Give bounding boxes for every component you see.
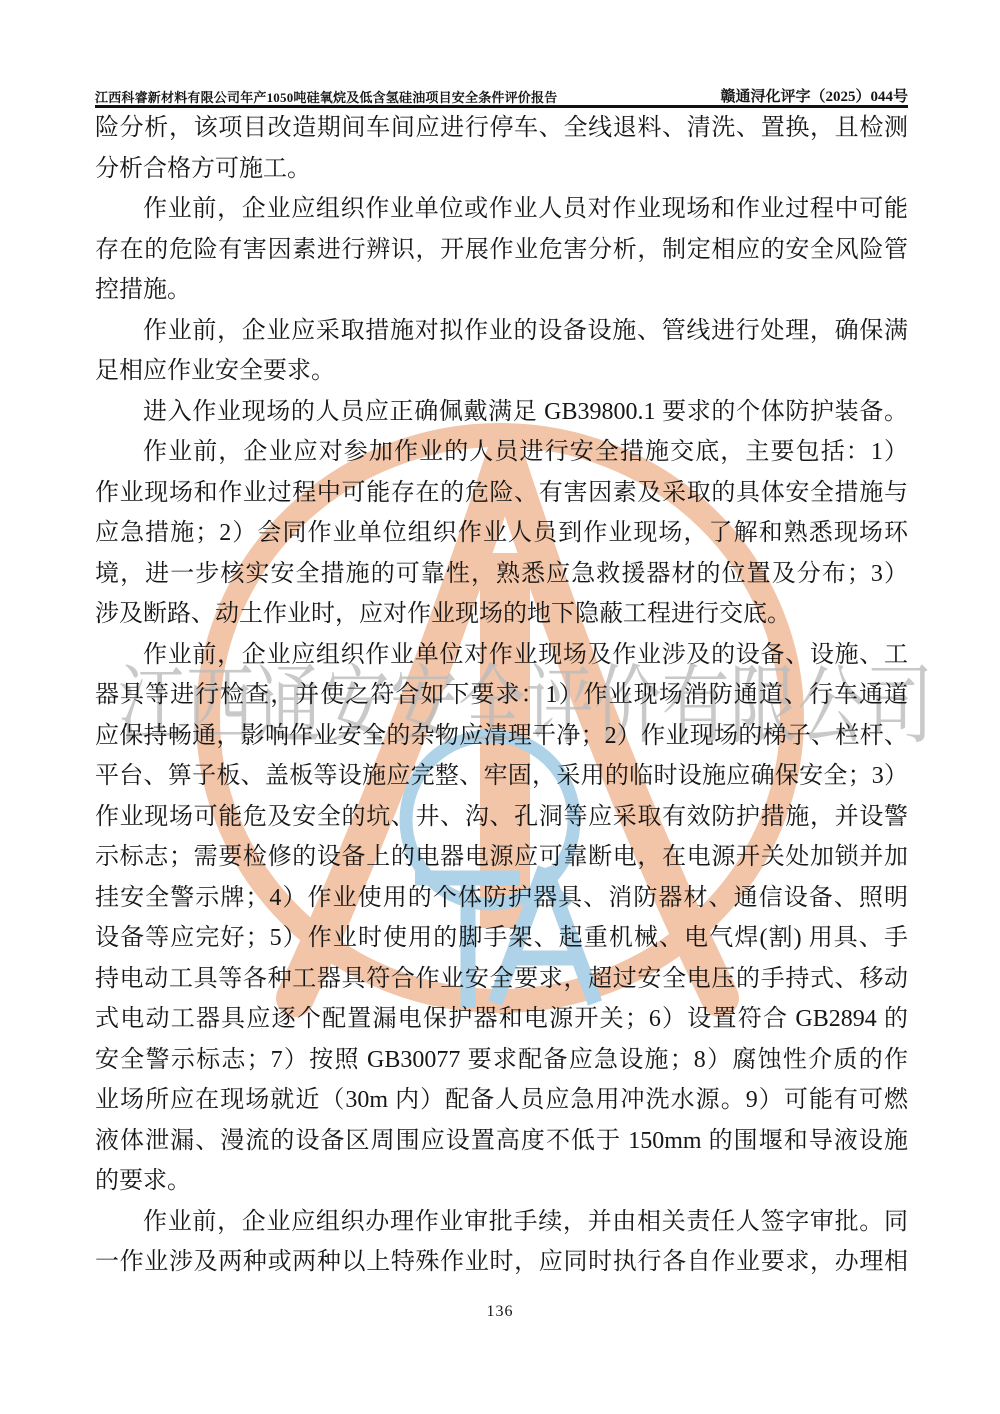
body-line: 应保持畅通，影响作业安全的杂物应清理干净；2）作业现场的梯子、栏杆、 (95, 716, 908, 757)
body-line: 作业前，企业应组织作业单位对作业现场及作业涉及的设备、设施、工 (95, 635, 908, 676)
header-document-number: 赣通浔化评字（2025）044号 (720, 85, 908, 106)
body-line: 作业前，企业应对参加作业的人员进行安全措施交底，主要包括：1） (95, 432, 908, 473)
body-line: 业场所应在现场就近（30m 内）配备人员应急用冲洗水源。9）可能有可燃 (95, 1080, 908, 1121)
body-line: 的要求。 (95, 1161, 908, 1202)
body-line: 一作业涉及两种或两种以上特殊作业时，应同时执行各自作业要求，办理相 (95, 1242, 908, 1283)
body-line: 作业现场可能危及安全的坑、井、沟、孔洞等应采取有效防护措施，并设警 (95, 797, 908, 838)
body-line: 控措施。 (95, 270, 908, 311)
body-line: 作业前，企业应组织作业单位或作业人员对作业现场和作业过程中可能 (95, 189, 908, 230)
page-number: 136 (0, 1303, 1000, 1321)
body-line: 应急措施；2）会同作业单位组织作业人员到作业现场，了解和熟悉现场环 (95, 513, 908, 554)
document-page: 江西通安安全评价有限公司 江西科睿新材料有限公司年产1050吨硅氧烷及低含氢硅油… (0, 0, 1000, 1414)
body-line: 设备等应完好；5）作业时使用的脚手架、起重机械、电气焊(割) 用具、手 (95, 918, 908, 959)
body-line: 险分析，该项目改造期间车间应进行停车、全线退料、清洗、置换，且检测 (95, 108, 908, 149)
body-line: 作业前，企业应组织办理作业审批手续，并由相关责任人签字审批。同 (95, 1202, 908, 1243)
body-line: 挂安全警示牌；4）作业使用的个体防护器具、消防器材、通信设备、照明 (95, 878, 908, 919)
body-line: 分析合格方可施工。 (95, 149, 908, 190)
body-line: 示标志；需要检修的设备上的电器电源应可靠断电，在电源开关处加锁并加 (95, 837, 908, 878)
body-line: 安全警示标志；7）按照 GB30077 要求配备应急设施；8）腐蚀性介质的作 (95, 1040, 908, 1081)
body-line: 式电动工器具应逐个配置漏电保护器和电源开关；6）设置符合 GB2894 的 (95, 999, 908, 1040)
body-line: 存在的危险有害因素进行辨识，开展作业危害分析，制定相应的安全风险管 (95, 230, 908, 271)
body-line: 作业现场和作业过程中可能存在的危险、有害因素及采取的具体安全措施与 (95, 473, 908, 514)
header-report-title: 江西科睿新材料有限公司年产1050吨硅氧烷及低含氢硅油项目安全条件评价报告 (95, 87, 557, 106)
body-line: 足相应作业安全要求。 (95, 351, 908, 392)
body-line: 持电动工具等各种工器具符合作业安全要求，超过安全电压的手持式、移动 (95, 959, 908, 1000)
body-line: 境，进一步核实安全措施的可靠性，熟悉应急救援器材的位置及分布；3） (95, 554, 908, 595)
body-line: 液体泄漏、漫流的设备区周围应设置高度不低于 150mm 的围堰和导液设施 (95, 1121, 908, 1162)
body-line: 作业前，企业应采取措施对拟作业的设备设施、管线进行处理，确保满 (95, 311, 908, 352)
body-line: 平台、箅子板、盖板等设施应完整、牢固，采用的临时设施应确保安全；3） (95, 756, 908, 797)
body-line: 进入作业现场的人员应正确佩戴满足 GB39800.1 要求的个体防护装备。 (95, 392, 908, 433)
header-rule (95, 105, 908, 108)
body-text: 险分析，该项目改造期间车间应进行停车、全线退料、清洗、置换，且检测分析合格方可施… (95, 108, 908, 1283)
body-line: 涉及断路、动土作业时，应对作业现场的地下隐蔽工程进行交底。 (95, 594, 908, 635)
body-line: 器具等进行检查，并使之符合如下要求：1）作业现场消防通道、行车通道 (95, 675, 908, 716)
